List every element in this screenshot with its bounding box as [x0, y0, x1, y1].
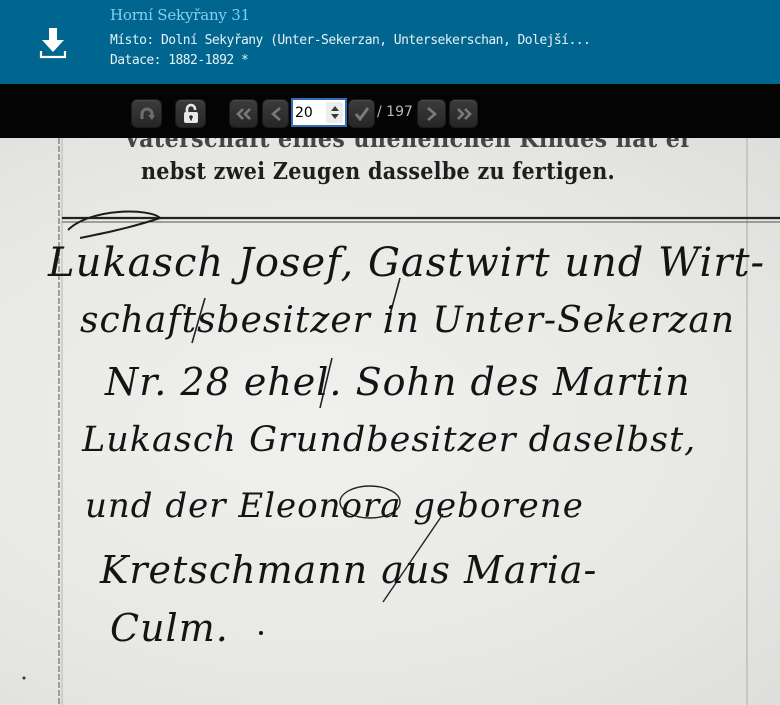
handwritten-line-7: Culm. [110, 606, 229, 650]
page-spinner[interactable] [326, 102, 343, 123]
place-label: Místo: [110, 33, 154, 48]
lock-button[interactable] [175, 99, 206, 128]
chevron-right-icon [426, 107, 438, 121]
previous-page-button[interactable] [262, 99, 289, 128]
first-page-button[interactable] [229, 99, 258, 128]
printed-instruction-line-2: nebst zwei Zeugen dasselbe zu fertigen. [108, 158, 648, 185]
handwritten-line-6: Kretschmann aus Maria- [100, 548, 597, 592]
printed-instruction-line-1: Vaterschaft eines unehelichen Kindes hat… [104, 138, 711, 153]
handwritten-line-5: und der Eleonora geborene [85, 486, 584, 526]
viewer-toolbar: / 197 [0, 84, 780, 138]
rotate-icon [138, 106, 156, 122]
last-page-button[interactable] [449, 99, 478, 128]
rotate-button[interactable] [131, 99, 162, 128]
total-pages: / 197 [377, 104, 413, 120]
page-number-input[interactable] [293, 101, 325, 124]
handwritten-line-3: Nr. 28 ehel. Sohn des Martin [105, 360, 691, 404]
date-value: 1882-1892 * [168, 53, 248, 68]
double-chevron-right-icon [456, 108, 472, 120]
handwritten-line-2: schaftsbesitzer in Unter-Sekerzan [80, 300, 735, 341]
next-page-button[interactable] [417, 99, 446, 128]
record-title[interactable]: Horní Sekyřany 31 [110, 6, 250, 24]
chevron-left-icon [270, 107, 282, 121]
page-number-field[interactable] [291, 98, 347, 127]
unlock-icon [182, 103, 200, 125]
document-scan-viewer[interactable]: Vaterschaft eines unehelichen Kindes hat… [0, 138, 780, 705]
handwritten-line-4: Lukasch Grundbesitzer daselbst, [82, 420, 696, 460]
download-button[interactable] [38, 27, 68, 59]
date-info: Datace: 1882-1892 * [110, 53, 248, 68]
date-label: Datace: [110, 53, 161, 68]
handwritten-line-1: Lukasch Josef, Gastwirt und Wirt- [48, 240, 765, 286]
download-icon [38, 27, 68, 59]
checkmark-icon [354, 107, 370, 121]
place-info: Místo: Dolní Sekyřany (Unter-Sekerzan, U… [110, 33, 590, 48]
double-chevron-left-icon [236, 108, 252, 120]
spinner-up-down-icon [330, 105, 340, 120]
go-to-page-button[interactable] [348, 99, 375, 128]
place-value: Dolní Sekyřany (Unter-Sekerzan, Untersek… [161, 33, 590, 48]
record-header: Horní Sekyřany 31 Místo: Dolní Sekyřany … [0, 0, 780, 84]
